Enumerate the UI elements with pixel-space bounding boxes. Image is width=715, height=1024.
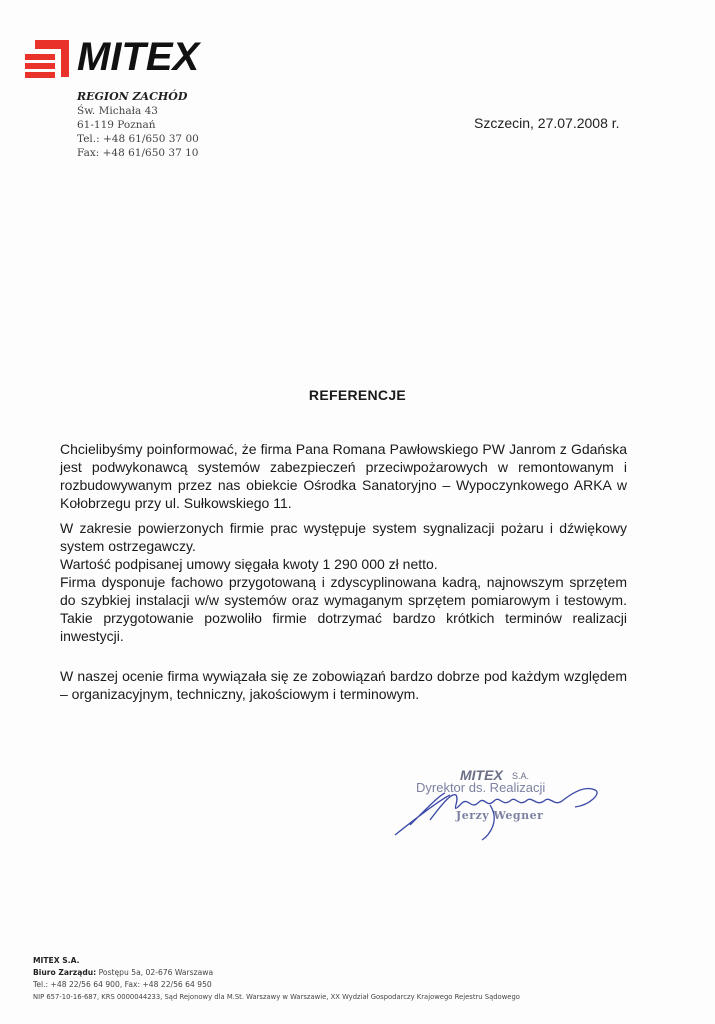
footer: MITEX S.A. Biuro Zarządu: Postępu 5a, 02… — [33, 955, 520, 1003]
signature-stamp: MITEX S.A. Dyrektor ds. Realizacji Jerzy… — [390, 765, 620, 845]
mitex-logo: MITEX — [25, 37, 210, 82]
footer-company: MITEX S.A. — [33, 955, 520, 967]
footer-office-address: Postępu 5a, 02-676 Warszawa — [99, 968, 214, 977]
letter-page: MITEX REGION ZACHÓD Św. Michała 43 61-11… — [0, 0, 715, 1024]
body-paragraph-3: W naszej ocenie firma wywiązała się ze z… — [60, 667, 627, 703]
paragraph-text: W naszej ocenie firma wywiązała się ze z… — [60, 667, 627, 703]
body-paragraph-2: W zakresie powierzonych firmie prac wyst… — [60, 519, 627, 645]
document-title: REFERENCJE — [0, 387, 715, 403]
address-fax: Fax: +48 61/650 37 10 — [77, 146, 199, 160]
date-line: Szczecin, 27.07.2008 r. — [474, 115, 620, 131]
footer-phones: Tel.: +48 22/56 64 900, Fax: +48 22/56 6… — [33, 979, 520, 991]
paragraph-text: Chcielibyśmy poinformować, że firma Pana… — [60, 440, 627, 512]
paragraph-text: Wartość podpisanej umowy sięgała kwoty 1… — [60, 555, 627, 573]
sender-address: REGION ZACHÓD Św. Michała 43 61-119 Pozn… — [77, 90, 199, 160]
address-street: Św. Michała 43 — [77, 104, 199, 118]
footer-office-label: Biuro Zarządu: — [33, 968, 96, 977]
handwritten-signature-icon — [390, 765, 620, 845]
body-paragraph-1: Chcielibyśmy poinformować, że firma Pana… — [60, 440, 627, 512]
region-title: REGION ZACHÓD — [77, 90, 199, 104]
address-city: 61-119 Poznań — [77, 118, 199, 132]
paragraph-text: W zakresie powierzonych firmie prac wyst… — [60, 519, 627, 555]
footer-registry: NIP 657-10-16-687, KRS 0000044233, Sąd R… — [33, 991, 520, 1003]
footer-office: Biuro Zarządu: Postępu 5a, 02-676 Warsza… — [33, 967, 520, 979]
address-phone: Tel.: +48 61/650 37 00 — [77, 132, 199, 146]
paragraph-text: Firma dysponuje fachowo przygotowaną i z… — [60, 573, 627, 645]
mitex-logo-mark-icon — [25, 37, 73, 81]
brand-name: MITEX — [77, 35, 199, 80]
